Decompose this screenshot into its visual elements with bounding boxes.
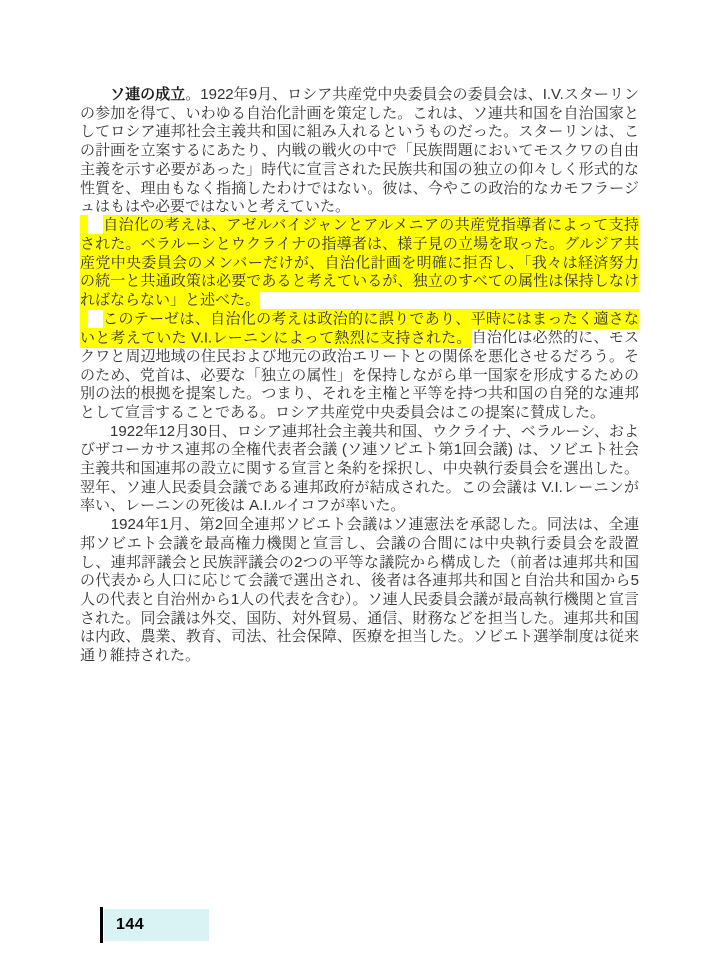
- body-text: [80, 86, 110, 103]
- paragraph-2: 自治化の考えは、アゼルバイジャンとアルメニアの共産党指導者によって支持された。ベ…: [80, 217, 639, 311]
- paragraph-1: ソ連の成立。1922年9月、ロシア共産党中央委員会の委員会は、I.V.スターリン…: [80, 86, 639, 217]
- page-footer: 144: [100, 907, 209, 943]
- article-body: ソ連の成立。1922年9月、ロシア共産党中央委員会の委員会は、I.V.スターリン…: [80, 86, 639, 666]
- highlighted-text: [80, 309, 88, 329]
- body-text: [80, 423, 110, 440]
- body-text: [80, 516, 111, 533]
- paragraph-lead: ソ連の成立: [110, 86, 185, 103]
- body-text: 1922年12月30日、ロシア連邦社会主義共和国、ウクライナ、ベラルーシ、および…: [80, 423, 639, 515]
- page-number-box: 144: [104, 909, 209, 941]
- footer-accent-bar: [100, 907, 103, 943]
- body-text: [88, 310, 104, 327]
- body-text: 。1922年9月、ロシア共産党中央委員会の委員会は、I.V.スターリンの参加を得…: [80, 86, 639, 215]
- paragraph-3: このテーゼは、自治化の考えは政治的に誤りであり、平時にはまったく適さないと考えて…: [80, 310, 639, 422]
- highlighted-text: 自治化の考えは、アゼルバイジャンとアルメニアの共産党指導者によって支持された。ベ…: [80, 215, 639, 310]
- paragraph-4: 1922年12月30日、ロシア連邦社会主義共和国、ウクライナ、ベラルーシ、および…: [80, 423, 639, 517]
- body-text: [88, 217, 104, 234]
- body-text: 1924年1月、第2回全連邦ソビエト会議はソ連憲法を承認した。同法は、全連邦ソビ…: [80, 516, 639, 664]
- page-number: 144: [104, 916, 144, 934]
- paragraph-5: 1924年1月、第2回全連邦ソビエト会議はソ連憲法を承認した。同法は、全連邦ソビ…: [80, 516, 639, 666]
- highlighted-text: [80, 215, 88, 235]
